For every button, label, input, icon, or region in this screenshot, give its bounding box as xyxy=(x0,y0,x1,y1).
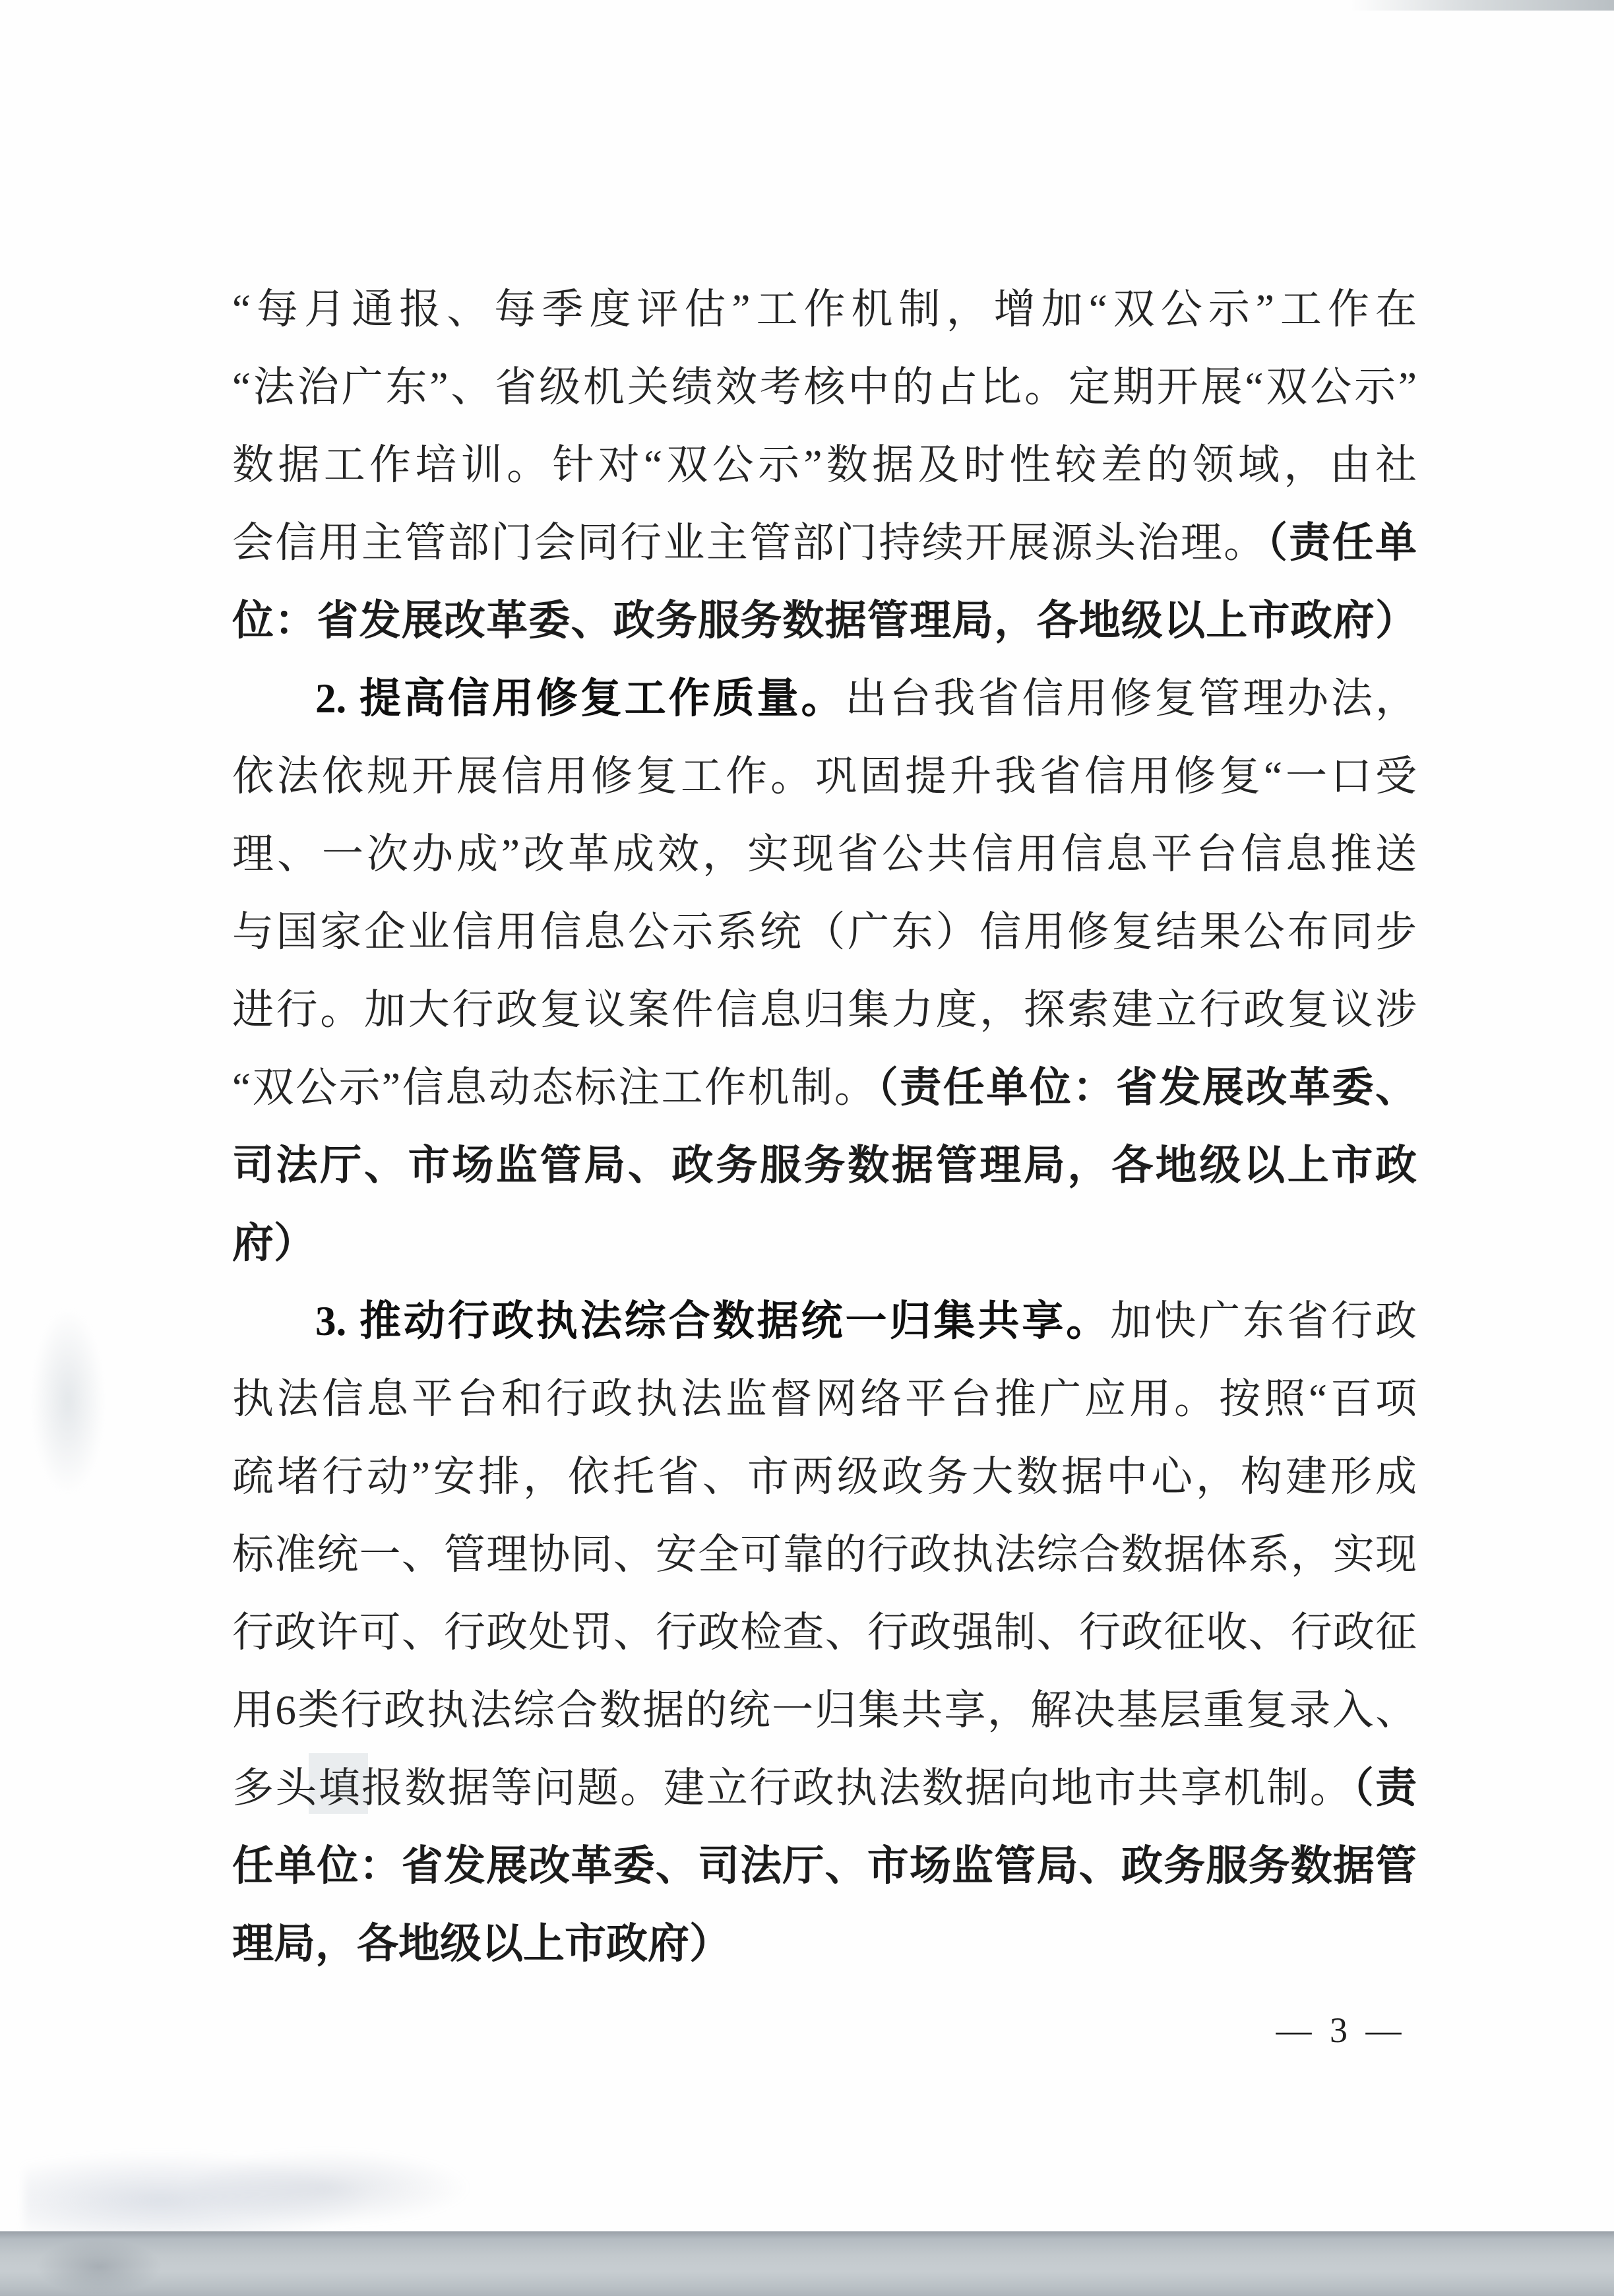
text-line: 府） xyxy=(232,1204,1417,1282)
text-line: 任单位：省发展改革委、司法厅、市场监管局、政务服务数据管 xyxy=(232,1827,1417,1905)
text-line: 位：省发展改革委、政务服务数据管理局，各地级以上市政府） xyxy=(232,582,1417,660)
body-text: 疏堵行动”安排，依托省、市两级政务大数据中心，构建形成 xyxy=(232,1454,1417,1500)
text-line: 标准统一、管理协同、安全可靠的行政执法综合数据体系，实现 xyxy=(232,1516,1417,1594)
responsibility-note: 司法厅、市场监管局、政务服务数据管理局，各地级以上市政 xyxy=(232,1142,1417,1189)
text-line: 数据工作培训。针对“双公示”数据及时性较差的领域，由社 xyxy=(232,426,1417,504)
text-line: 司法厅、市场监管局、政务服务数据管理局，各地级以上市政 xyxy=(232,1127,1417,1204)
responsibility-note: （责任单位：省发展改革委、 xyxy=(877,1065,1417,1111)
text-line: 疏堵行动”安排，依托省、市两级政务大数据中心，构建形成 xyxy=(232,1438,1417,1516)
text-line: 2. 提高信用修复工作质量。出台我省信用修复管理办法， xyxy=(232,660,1417,737)
text-line: 行政许可、行政处罚、行政检查、行政强制、行政征收、行政征 xyxy=(232,1594,1417,1671)
text-line: 依法依规开展信用修复工作。巩固提升我省信用修复“一口受 xyxy=(232,737,1417,815)
responsibility-note: 府） xyxy=(232,1220,315,1266)
body-text: 进行。加大行政复议案件信息归集力度，探索建立行政复议涉 xyxy=(232,987,1417,1033)
responsibility-note: （责 xyxy=(1353,1765,1417,1811)
text-line: 用6类行政执法综合数据的统一归集共享，解决基层重复录入、 xyxy=(232,1671,1417,1749)
scan-artifact-bottom-left xyxy=(24,2145,512,2234)
scan-artifact-left-margin xyxy=(32,1309,104,1494)
text-line: “每月通报、每季度评估”工作机制，增加“双公示”工作在 xyxy=(232,270,1417,348)
text-line: 理、一次办成”改革成效，实现省公共信用信息平台信息推送 xyxy=(232,815,1417,893)
body-text: 标准统一、管理协同、安全可靠的行政执法综合数据体系，实现 xyxy=(232,1532,1417,1578)
text-line: “双公示”信息动态标注工作机制。（责任单位：省发展改革委、 xyxy=(232,1049,1417,1127)
body-text: 出台我省信用修复管理办法， xyxy=(846,675,1417,722)
body-text: “法治广东”、省级机关绩效考核中的占比。定期开展“双公示” xyxy=(232,364,1417,410)
scan-artifact-bottom-strip xyxy=(0,2231,1614,2296)
responsibility-note: 位：省发展改革委、政务服务数据管理局，各地级以上市政府） xyxy=(232,598,1417,644)
text-line: 执法信息平台和行政执法监督网络平台推广应用。按照“百项 xyxy=(232,1360,1417,1438)
section-heading: 2. 提高信用修复工作质量。 xyxy=(315,675,846,722)
body-text: 加快广东省行政 xyxy=(1110,1298,1417,1344)
body-text: 执法信息平台和行政执法监督网络平台推广应用。按照“百项 xyxy=(232,1376,1417,1422)
section-heading: 3. 推动行政执法综合数据统一归集共享。 xyxy=(315,1298,1110,1344)
body-text: 理、一次办成”改革成效，实现省公共信用信息平台信息推送 xyxy=(232,831,1417,877)
responsibility-note: （责任单 xyxy=(1266,520,1417,566)
page-number: — 3 — xyxy=(1265,2002,1417,2058)
document-page: “每月通报、每季度评估”工作机制，增加“双公示”工作在 “法治广东”、省级机关绩… xyxy=(0,0,1614,2296)
scan-artifact-top-right xyxy=(1350,0,1614,11)
body-text: 行政许可、行政处罚、行政检查、行政强制、行政征收、行政征 xyxy=(232,1609,1417,1656)
text-line: “法治广东”、省级机关绩效考核中的占比。定期开展“双公示” xyxy=(232,348,1417,426)
body-text: 会信用主管部门会同行业主管部门持续开展源头治理。 xyxy=(232,520,1266,566)
body-text: 多头填报数据等问题。建立行政执法数据向地市共享机制。 xyxy=(232,1765,1353,1811)
text-line: 会信用主管部门会同行业主管部门持续开展源头治理。（责任单 xyxy=(232,504,1417,582)
text-line: 理局，各地级以上市政府） xyxy=(232,1905,1417,1983)
body-text: “双公示”信息动态标注工作机制。 xyxy=(232,1065,877,1111)
responsibility-note: 任单位：省发展改革委、司法厅、市场监管局、政务服务数据管 xyxy=(232,1843,1417,1889)
scan-artifact-strip-shadow xyxy=(36,2239,162,2295)
text-line: 进行。加大行政复议案件信息归集力度，探索建立行政复议涉 xyxy=(232,971,1417,1049)
body-text: 数据工作培训。针对“双公示”数据及时性较差的领域，由社 xyxy=(232,442,1417,488)
text-line: 多头填报数据等问题。建立行政执法数据向地市共享机制。（责 xyxy=(232,1749,1417,1827)
responsibility-note: 理局，各地级以上市政府） xyxy=(232,1921,731,1967)
body-text: “每月通报、每季度评估”工作机制，增加“双公示”工作在 xyxy=(232,286,1417,332)
text-line: 与国家企业信用信息公示系统（广东）信用修复结果公布同步 xyxy=(232,893,1417,971)
body-text: 依法依规开展信用修复工作。巩固提升我省信用修复“一口受 xyxy=(232,753,1417,799)
body-text: 与国家企业信用信息公示系统（广东）信用修复结果公布同步 xyxy=(232,909,1417,955)
text-line: 3. 推动行政执法综合数据统一归集共享。加快广东省行政 xyxy=(232,1282,1417,1360)
body-text: 用6类行政执法综合数据的统一归集共享，解决基层重复录入、 xyxy=(232,1687,1417,1733)
